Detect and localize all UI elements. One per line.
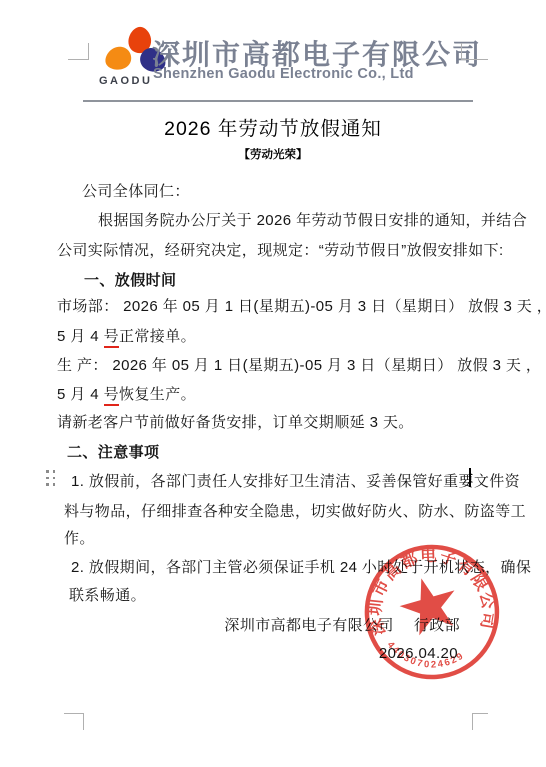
intro-line-1[interactable]: 根据国务院办公厅关于 2026 年劳动节假日安排的通知，并结合: [98, 209, 527, 230]
production-line2-post: 恢复生产。: [119, 386, 196, 403]
production-line-2[interactable]: 5 月 4 号恢复生产。: [57, 383, 196, 404]
customer-note-line[interactable]: 请新老客户节前做好备货安排，订单交期顺延 3 天。: [57, 411, 414, 432]
drag-handle-icon[interactable]: [46, 470, 55, 486]
production-line2-pre: 5 月 4: [57, 386, 104, 403]
seal-star-icon: [394, 570, 464, 638]
logo-petal-left: [103, 44, 134, 73]
notice-subtitle[interactable]: 【劳动光荣】: [60, 146, 486, 162]
page-margin-mark-top-right: [461, 43, 488, 60]
greeting-line[interactable]: 公司全体同仁：: [82, 180, 190, 201]
spellcheck-underlined-char: 号: [104, 328, 119, 348]
page-margin-mark-top-left: [68, 43, 89, 60]
notice-title[interactable]: 2026 年劳动节放假通知: [60, 113, 486, 141]
spellcheck-underlined-char: 号: [104, 386, 119, 406]
item1-line-2[interactable]: 料与物品，仔细排查各种安全隐患，切实做好防火、防水、防盗等工: [64, 500, 526, 521]
market-line2-pre: 5 月 4: [57, 328, 104, 345]
item1-line-1[interactable]: 1. 放假前，各部门责任人安排好卫生清洁、妥善保管好重要文件资: [71, 470, 520, 491]
seal-company-text: 深圳市高都电子有限公司: [361, 540, 500, 640]
item1-line-3[interactable]: 作。: [64, 527, 95, 548]
intro-line-2[interactable]: 公司实际情况，经研究决定，现规定：“劳动节假日”放假安排如下:: [57, 239, 504, 260]
svg-text:深圳市高都电子有限公司: 深圳市高都电子有限公司: [361, 540, 500, 640]
company-name-en[interactable]: Shenzhen Gaodu Electronic Co., Ltd: [153, 66, 414, 82]
header-divider: [83, 100, 473, 102]
market-dept-line-1[interactable]: 市场部： 2026 年 05 月 1 日(星期五)-05 月 3 日（星期日） …: [57, 295, 546, 316]
page-margin-mark-bottom-left: [64, 713, 84, 730]
logo-brand-text: GAODU: [99, 75, 152, 87]
text-cursor: [469, 468, 471, 487]
production-line-1[interactable]: 生 产： 2026 年 05 月 1 日(星期五)-05 月 3 日（星期日） …: [57, 354, 541, 375]
market-dept-line-2[interactable]: 5 月 4 号正常接单。: [57, 325, 196, 346]
page-margin-mark-bottom-right: [472, 713, 488, 730]
section2-heading[interactable]: 二、注意事项: [67, 441, 159, 462]
market-line2-post: 正常接单。: [119, 328, 196, 345]
section1-heading[interactable]: 一、放假时间: [84, 269, 176, 290]
item2-line-2[interactable]: 联系畅通。: [69, 584, 146, 605]
company-seal-stamp[interactable]: 深圳市高都电子有限公司 440307024629: [347, 536, 517, 691]
